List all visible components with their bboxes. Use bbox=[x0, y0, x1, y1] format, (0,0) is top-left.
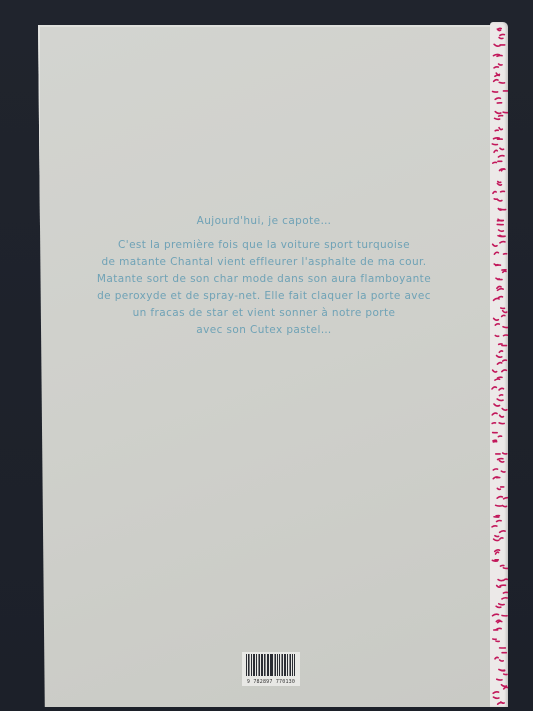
barcode-bar bbox=[277, 654, 278, 676]
blurb-line: de peroxyde et de spray-net. Elle fait c… bbox=[38, 288, 490, 305]
barcode-bar bbox=[279, 654, 280, 676]
barcode-bar bbox=[259, 654, 260, 676]
blurb-line: Matante sort de son char mode dans son a… bbox=[38, 271, 490, 288]
barcode-bar bbox=[282, 654, 283, 676]
barcode-bar bbox=[275, 654, 276, 676]
barcode-bar bbox=[253, 654, 255, 676]
barcode-bar bbox=[264, 654, 265, 676]
isbn-barcode: 9 782897 770130 bbox=[242, 652, 300, 686]
patterned-spine-edge bbox=[490, 22, 508, 707]
barcode-bar bbox=[289, 654, 290, 676]
blurb-title: Aujourd'hui, je capote… bbox=[38, 213, 490, 230]
cover-surface bbox=[38, 25, 490, 707]
barcode-bar bbox=[265, 654, 266, 676]
book-back-cover: Aujourd'hui, je capote… C'est la premièr… bbox=[38, 25, 490, 707]
barcode-bar bbox=[267, 654, 269, 676]
barcode-bar bbox=[294, 654, 295, 676]
barcode-bar bbox=[261, 654, 262, 676]
barcode-bar bbox=[256, 654, 257, 676]
barcode-number: 9 782897 770130 bbox=[242, 679, 300, 685]
barcode-bar bbox=[249, 654, 250, 676]
barcode-bar bbox=[246, 654, 247, 676]
barcode-bar bbox=[281, 654, 282, 676]
barcode-bar bbox=[251, 654, 252, 676]
barcode-bar bbox=[287, 654, 288, 676]
barcode-bar bbox=[284, 654, 286, 676]
barcode-bar bbox=[271, 654, 272, 676]
barcode-bar bbox=[274, 654, 275, 676]
blurb-line: avec son Cutex pastel… bbox=[38, 322, 490, 339]
blurb-line: de matante Chantal vient effleurer l'asp… bbox=[38, 254, 490, 271]
cover-blurb: Aujourd'hui, je capote… C'est la premièr… bbox=[38, 213, 490, 339]
blurb-line: C'est la première fois que la voiture sp… bbox=[38, 237, 490, 254]
barcode-bar bbox=[290, 654, 291, 676]
blurb-line: un fracas de star et vient sonner à notr… bbox=[38, 305, 490, 322]
barcode-bar bbox=[292, 654, 293, 676]
barcode-bar bbox=[270, 654, 271, 676]
barcode-bar bbox=[258, 654, 259, 676]
barcode-bars bbox=[246, 654, 296, 676]
barcode-bar bbox=[248, 654, 249, 676]
squiggle-pattern-icon bbox=[490, 22, 508, 707]
